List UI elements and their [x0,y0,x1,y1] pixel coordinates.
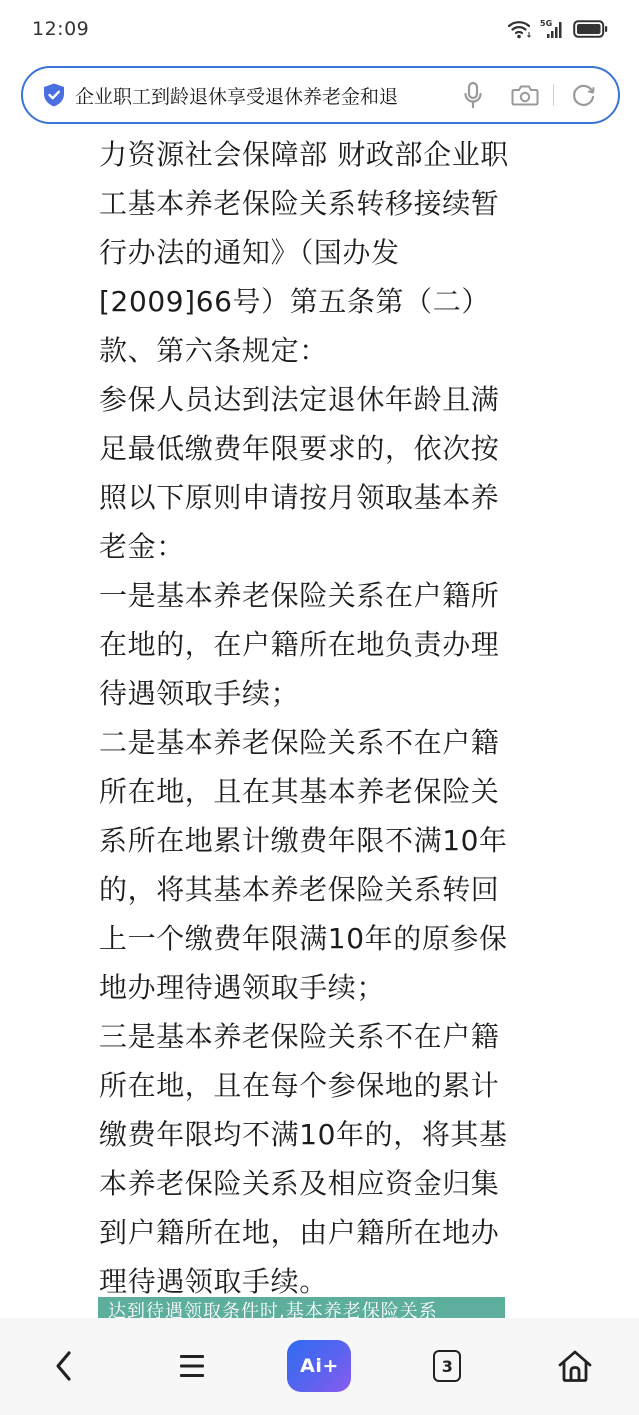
browser-screen: 12:09 5G [0,0,639,1415]
article-line: 款、第六条规定： [99,326,539,375]
search-query[interactable]: 企业职工到龄退休享受退休养老金和退 [75,82,447,109]
article-line: 力资源社会保障部 财政部企业职 [99,130,539,179]
battery-icon [573,19,609,39]
menu-button[interactable] [160,1340,224,1392]
search-actions-divider [553,84,555,106]
article-image-banner: 达到待遇领取条件时,基本养老保险关系 [98,1297,505,1319]
tabs-button[interactable]: 3 [415,1340,479,1392]
article-line: 行办法的通知》（国办发 [99,228,539,277]
article-line: 本养老保险关系及相应资金归集 [99,1159,539,1208]
bottom-nav: Ai+ 3 [0,1318,639,1415]
camera-icon[interactable] [511,81,539,109]
microphone-icon[interactable] [459,81,487,109]
article-line: 二是基本养老保险关系不在户籍 [99,718,539,767]
shield-check-icon [41,82,67,108]
article-line: 所在地，且在每个参保地的累计 [99,1061,539,1110]
article-line: 待遇领取手续； [99,669,539,718]
status-time: 12:09 [32,18,89,40]
signal-icon: 5G [539,18,567,40]
article-line: 在地的，在户籍所在地负责办理 [99,620,539,669]
search-actions [447,81,605,109]
article-line: 上一个缴费年限满10年的原参保 [99,914,539,963]
ai-label: Ai+ [300,1355,339,1377]
article-line: 足最低缴费年限要求的，依次按 [99,424,539,473]
reload-icon[interactable] [570,81,598,109]
article-line: 的，将其基本养老保险关系转回 [99,865,539,914]
tabs-count-icon: 3 [433,1350,461,1382]
address-search-bar[interactable]: 企业职工到龄退休享受退休养老金和退 [21,66,620,124]
home-icon [557,1349,593,1383]
article-line: 照以下原则申请按月领取基本养 [99,473,539,522]
article-line: 工基本养老保险关系转移接续暂 [99,179,539,228]
status-icons: 5G [507,18,609,40]
article-line: 系所在地累计缴费年限不满10年 [99,816,539,865]
status-bar: 12:09 5G [0,0,639,62]
wifi-icon [507,19,533,39]
article-line: 缴费年限均不满10年的，将其基 [99,1110,539,1159]
article-line: 地办理待遇领取手续； [99,963,539,1012]
article-line: 到户籍所在地，由户籍所在地办 [99,1208,539,1257]
article-content: 力资源社会保障部 财政部企业职 工基本养老保险关系转移接续暂 行办法的通知》（国… [99,130,539,1306]
ai-assistant-button[interactable]: Ai+ [287,1340,351,1392]
article-line: 所在地，且在其基本养老保险关 [99,767,539,816]
svg-text:5G: 5G [540,19,552,28]
back-button[interactable] [32,1340,96,1392]
article-line: 老金： [99,522,539,571]
chevron-left-icon [52,1349,76,1383]
article-line: [2009]66号）第五条第（二） [99,277,539,326]
article-line: 三是基本养老保险关系不在户籍 [99,1012,539,1061]
article-line: 参保人员达到法定退休年龄且满 [99,375,539,424]
home-button[interactable] [543,1340,607,1392]
hamburger-menu-icon [179,1353,205,1379]
article-line: 一是基本养老保险关系在户籍所 [99,571,539,620]
